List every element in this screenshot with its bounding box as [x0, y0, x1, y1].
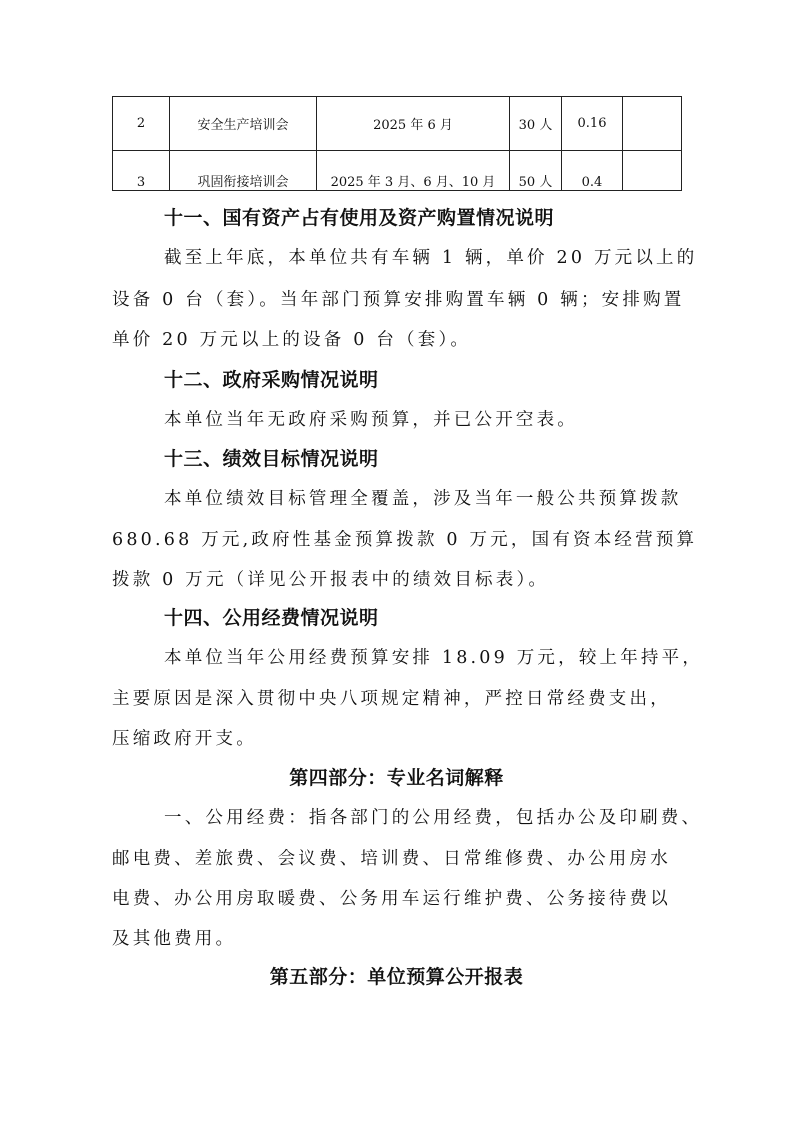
- training-time: 2025 年 3 月、6 月、10 月: [317, 151, 510, 191]
- participant-count: 30 人: [510, 97, 562, 151]
- row-number: 3: [113, 151, 170, 191]
- table-row: 3 巩固衔接培训会 2025 年 3 月、6 月、10 月 50 人 0.4: [113, 151, 682, 191]
- paragraph-line: 邮电费、差旅费、会议费、培训费、日常维修费、办公用房水: [112, 845, 671, 870]
- section-heading-assets: 十一、国有资产占有使用及资产购置情况说明: [164, 203, 554, 230]
- training-note: [623, 151, 682, 191]
- paragraph-line: 主要原因是深入贯彻中央八项规定精神，严控日常经费支出，: [112, 685, 671, 710]
- part5-title: 第五部分：单位预算公开报表: [0, 962, 793, 989]
- section-heading-procurement: 十二、政府采购情况说明: [164, 365, 379, 392]
- participant-count: 50 人: [510, 151, 562, 191]
- document-page: 2 安全生产培训会 2025 年 6 月 30 人 0.16 3 巩固衔接培训会…: [0, 0, 793, 1122]
- part4-title: 第四部分：专业名词解释: [0, 763, 793, 790]
- paragraph-line: 电费、办公用房取暖费、公务用车运行维护费、公务接待费以: [112, 885, 671, 910]
- paragraph-line: 及其他费用。: [112, 925, 236, 950]
- training-amount: 0.16: [562, 97, 623, 151]
- training-note: [623, 97, 682, 151]
- training-amount: 0.4: [562, 151, 623, 191]
- paragraph-line: 一、公用经费：指各部门的公用经费，包括办公及印刷费、: [164, 804, 702, 829]
- section-heading-performance: 十三、绩效目标情况说明: [164, 444, 379, 471]
- paragraph-line: 本单位当年公用经费预算安排 18.09 万元，较上年持平，: [164, 644, 703, 669]
- training-time: 2025 年 6 月: [317, 97, 510, 151]
- training-name: 巩固衔接培训会: [170, 151, 317, 191]
- paragraph-line: 本单位当年无政府采购预算，并已公开空表。: [164, 406, 578, 431]
- paragraph-line: 截至上年底，本单位共有车辆 1 辆，单价 20 万元以上的: [164, 244, 697, 269]
- training-name: 安全生产培训会: [170, 97, 317, 151]
- paragraph-line: 设备 0 台（套）。当年部门预算安排购置车辆 0 辆；安排购置: [112, 286, 684, 311]
- training-table: 2 安全生产培训会 2025 年 6 月 30 人 0.16 3 巩固衔接培训会…: [112, 96, 682, 191]
- paragraph-line: 单价 20 万元以上的设备 0 台（套）。: [112, 326, 471, 351]
- paragraph-line: 本单位绩效目标管理全覆盖，涉及当年一般公共预算拨款: [164, 485, 682, 510]
- table-row: 2 安全生产培训会 2025 年 6 月 30 人 0.16: [113, 97, 682, 151]
- paragraph-line: 680.68 万元,政府性基金预算拨款 0 万元，国有资本经营预算: [112, 526, 697, 551]
- row-number: 2: [113, 97, 170, 151]
- paragraph-line: 压缩政府开支。: [112, 725, 257, 750]
- paragraph-line: 拨款 0 万元（详见公开报表中的绩效目标表）。: [112, 566, 549, 591]
- section-heading-public-funds: 十四、公用经费情况说明: [164, 603, 379, 630]
